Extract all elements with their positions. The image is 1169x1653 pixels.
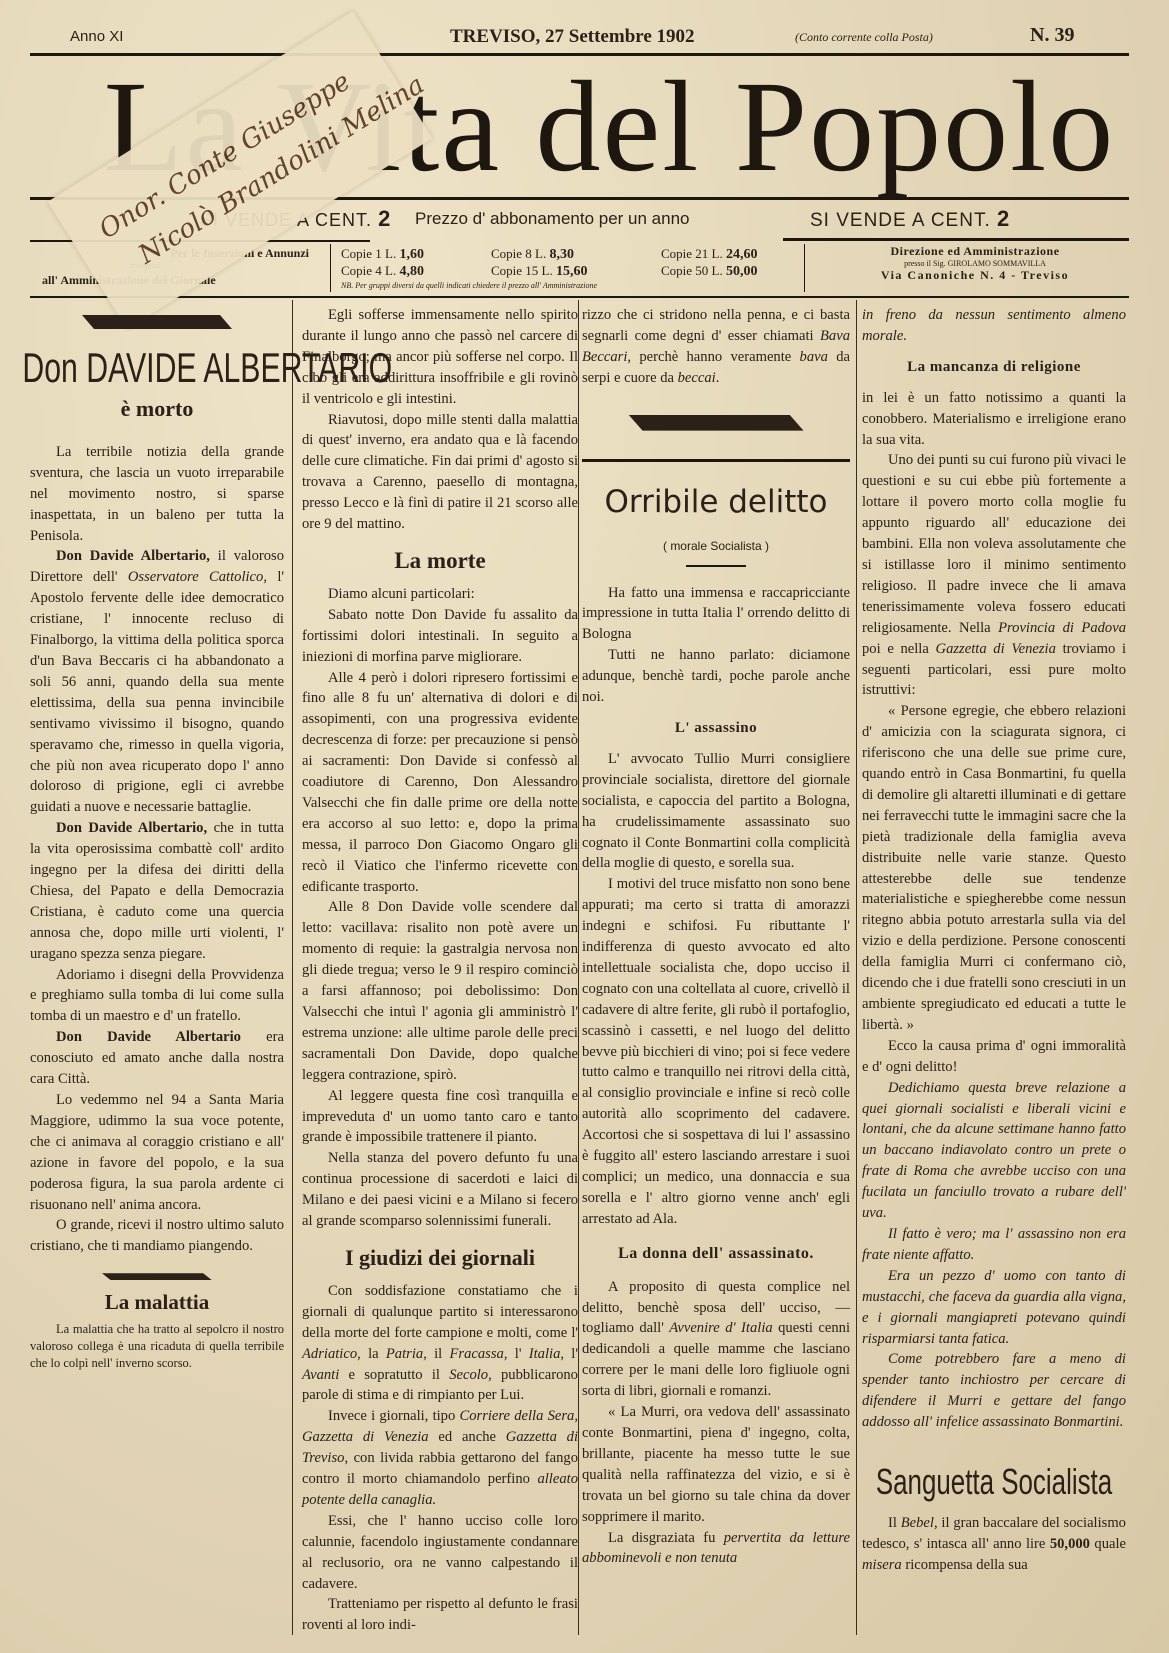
copy-prices: Copie 1 L. 1,60 Copie 8 L. 8,30 Copie 21… bbox=[330, 244, 805, 292]
headline-malattia: La malattia bbox=[30, 1292, 284, 1313]
price-item: Copie 21 L. 24,60 bbox=[661, 246, 811, 263]
paragraph: Al leggere questa fine così tranquilla e… bbox=[302, 1086, 578, 1149]
price-item: Copie 4 L. 4,80 bbox=[341, 263, 491, 280]
paragraph: Con soddisfazione constatiamo che i gior… bbox=[302, 1281, 578, 1406]
column-divider bbox=[856, 300, 857, 1635]
paragraph: La disgraziata fu pervertita da letture … bbox=[582, 1528, 850, 1570]
paragraph: Don Davide Albertario era conosciuto ed … bbox=[30, 1027, 284, 1090]
short-rule bbox=[686, 565, 746, 567]
price-right: SI VENDE A CENT. 2 bbox=[810, 206, 1010, 232]
paragraph: I motivi del truce misfatto non sono ben… bbox=[582, 874, 850, 1229]
subhead-donna-assassinato: La donna dell' assassinato. bbox=[582, 1244, 850, 1265]
paragraph: Don Davide Albertario, il valoroso Diret… bbox=[30, 546, 284, 818]
column-2: Egli sofferse immensamente nello spirito… bbox=[302, 305, 578, 1625]
paragraph: Diamo alcuni particolari: bbox=[302, 584, 578, 605]
column-1: Don DAVIDE ALBERTARIO è morto La terribi… bbox=[30, 305, 288, 1625]
headline-sanguetta-socialista: Sanguetta Socialista bbox=[870, 1459, 1118, 1505]
paragraph: Tratteniamo per rispetto al defunto le f… bbox=[302, 1594, 578, 1636]
price-right-label: SI VENDE A CENT. bbox=[810, 210, 991, 231]
paragraph: in lei è un fatto notissimo a quanti la … bbox=[862, 388, 1126, 451]
header-bottom-rule bbox=[30, 296, 1129, 298]
headline-orribile-delitto: Orribile delitto bbox=[582, 480, 850, 524]
ornament-dash bbox=[102, 1273, 212, 1280]
paragraph: A proposito di questa complice nel delit… bbox=[582, 1277, 850, 1402]
paragraph: Era un pezzo d' uomo con tanto di mustac… bbox=[862, 1266, 1126, 1350]
paragraph: Alle 8 Don Davide volle scendere dal let… bbox=[302, 897, 578, 1085]
group-price-note: NB. Per gruppi diversi da quelli indicat… bbox=[341, 281, 804, 290]
paragraph: La malattia che ha tratto al sepolcro il… bbox=[30, 1321, 284, 1372]
price-right-value: 2 bbox=[997, 206, 1010, 231]
paragraph: La terribile notizia della grande sventu… bbox=[30, 442, 284, 547]
paragraph: Adoriamo i disegni della Provvidenza e p… bbox=[30, 965, 284, 1028]
column-divider bbox=[578, 300, 579, 1635]
price-left-value: 2 bbox=[378, 206, 391, 231]
price-item: Copie 1 L. 1,60 bbox=[341, 246, 491, 263]
paragraph: in freno da nessun sentimento almeno mor… bbox=[862, 305, 1126, 347]
subhead-e-morto: è morto bbox=[30, 399, 284, 420]
volume-year: Anno XI bbox=[70, 28, 123, 45]
paragraph: Riavutosi, dopo mille stenti dalla malat… bbox=[302, 410, 578, 535]
price-item: Copie 50 L. 50,00 bbox=[661, 263, 811, 280]
subscription-title: Prezzo d' abbonamento per un anno bbox=[415, 209, 690, 229]
paragraph: Ecco la causa prima d' ogni immoralità e… bbox=[862, 1036, 1126, 1078]
paragraph: Egli sofferse immensamente nello spirito… bbox=[302, 305, 578, 410]
headline-albertario: Don DAVIDE ALBERTARIO bbox=[22, 341, 291, 395]
paragraph: « La Murri, ora vedova dell' assassinato… bbox=[582, 1402, 850, 1527]
paragraph: Don Davide Albertario, che in tutta la v… bbox=[30, 818, 284, 964]
price-item: Copie 8 L. 8,30 bbox=[491, 246, 661, 263]
paragraph: Nella stanza del povero defunto fu una c… bbox=[302, 1148, 578, 1232]
price-item: Copie 15 L. 15,60 bbox=[491, 263, 661, 280]
top-info-line: Anno XI TREVISO, 27 Settembre 1902 (Cont… bbox=[30, 24, 1129, 48]
copy-price-grid: Copie 1 L. 1,60 Copie 8 L. 8,30 Copie 21… bbox=[341, 244, 804, 280]
paragraph: Invece i giornali, tipo Corriere della S… bbox=[302, 1406, 578, 1511]
paragraph: L' avvocato Tullio Murri consigliere pro… bbox=[582, 749, 850, 874]
ornament-dash bbox=[629, 415, 804, 431]
column-divider bbox=[292, 300, 293, 1635]
newspaper-page: Anno XI TREVISO, 27 Settembre 1902 (Cont… bbox=[0, 0, 1169, 1653]
headline-la-morte: La morte bbox=[302, 551, 578, 572]
paragraph: Tutti ne hanno parlato: diciamone adunqu… bbox=[582, 645, 850, 708]
paragraph: Il fatto è vero; ma l' assassino non era… bbox=[862, 1224, 1126, 1266]
section-rule bbox=[582, 459, 850, 462]
headline-giudizi: I giudizi dei giornali bbox=[302, 1248, 578, 1269]
paragraph: Come potrebbero fare a meno di spender t… bbox=[862, 1349, 1126, 1433]
ornament-dash bbox=[82, 315, 232, 329]
admin-line-1: Direzione ed Amministrazione bbox=[820, 244, 1130, 259]
subhead-morale-socialista: ( morale Socialista ) bbox=[582, 536, 850, 557]
subhead-assassino: L' assassino bbox=[582, 718, 850, 739]
subhead-mancanza-religione: La mancanza di religione bbox=[862, 357, 1126, 378]
admin-line-2: presso il Sig. GIROLAMO SOMMAVILLA bbox=[820, 259, 1130, 268]
column-3: rizzo che ci stridono nella penna, e ci … bbox=[582, 305, 850, 1625]
issue-number: N. 39 bbox=[1030, 24, 1074, 47]
paragraph: Lo vedemmo nel 94 a Santa Maria Maggiore… bbox=[30, 1090, 284, 1215]
paragraph: Il Bebel, il gran baccalare del socialis… bbox=[862, 1513, 1126, 1576]
paragraph: Dedichiamo questa breve relazione a quei… bbox=[862, 1078, 1126, 1224]
administration-info: Direzione ed Amministrazione presso il S… bbox=[820, 244, 1130, 292]
price-rule-right bbox=[783, 238, 1129, 241]
paragraph: O grande, ricevi il nostro ultimo saluto… bbox=[30, 1215, 284, 1257]
column-4: in freno da nessun sentimento almeno mor… bbox=[862, 305, 1126, 1625]
paragraph: Alle 4 però i dolori ripresero fortissim… bbox=[302, 668, 578, 898]
issue-date: TREVISO, 27 Settembre 1902 bbox=[450, 26, 695, 48]
paragraph: « Persone egregie, che ebbero relazioni … bbox=[862, 701, 1126, 1036]
paragraph: Essi, che l' hanno ucciso colle loro cal… bbox=[302, 1511, 578, 1595]
paragraph: Sabato notte Don Davide fu assalito da f… bbox=[302, 605, 578, 668]
admin-line-3: Via Canoniche N. 4 - Treviso bbox=[820, 268, 1130, 283]
postal-account-note: (Conto corrente colla Posta) bbox=[795, 30, 933, 45]
paragraph: rizzo che ci stridono nella penna, e ci … bbox=[582, 305, 850, 389]
paragraph: Uno dei punti su cui furono più vivaci l… bbox=[862, 450, 1126, 701]
paragraph: Ha fatto una immensa e raccapricciante i… bbox=[582, 583, 850, 646]
